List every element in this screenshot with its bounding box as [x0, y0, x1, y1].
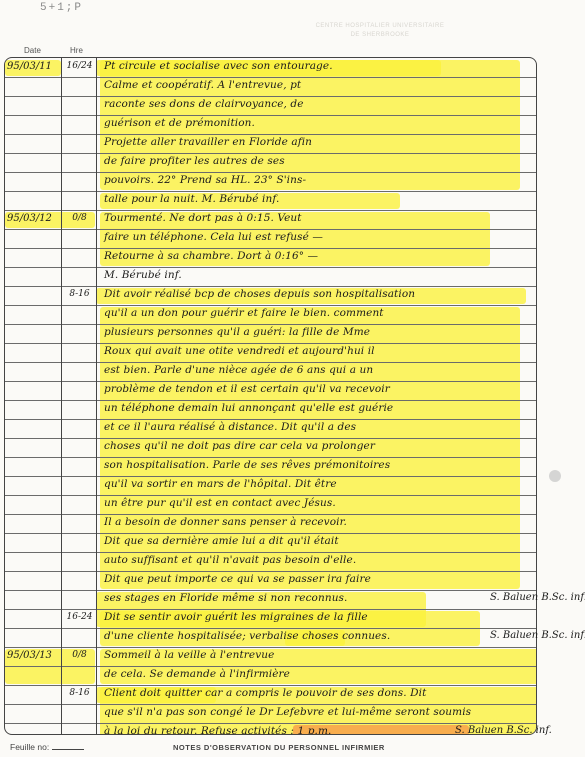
entry-note-text: choses qu'il ne doit pas dire car cela v… [100, 440, 536, 452]
scan-spot [549, 470, 561, 482]
entry-note-text: Dit que sa dernière amie lui a dit qu'il… [100, 535, 536, 547]
note-row: Dit que peut importe ce qui va se passer… [5, 571, 536, 591]
note-row: M. Bérubé inf. [5, 267, 536, 287]
note-row: de faire profiter les autres de ses [5, 153, 536, 173]
entry-note-text: auto suffisant et qu'il n'avait pas beso… [100, 554, 536, 566]
note-row: Calme et coopératif. A l'entrevue, pt [5, 77, 536, 97]
entry-date: 95/03/13 [5, 650, 63, 661]
entry-note-text: faire un téléphone. Cela lui est refusé … [100, 231, 536, 243]
note-row: 95/03/130/8Sommeil à la veille à l'entre… [5, 647, 536, 667]
entry-note-text: Tourmenté. Ne dort pas à 0:15. Veut [100, 212, 536, 224]
note-row: Il a besoin de donner sans penser à rece… [5, 514, 536, 534]
entry-hour: 0/8 [63, 650, 96, 660]
entry-note-text: Calme et coopératif. A l'entrevue, pt [100, 79, 536, 91]
nurse-signature: S. Baluen B.Sc. inf. [490, 630, 585, 641]
entry-note-text: Pt circule et socialise avec son entoura… [100, 60, 536, 72]
entry-note-text: Projette aller travailler en Floride afi… [100, 136, 536, 148]
entry-note-text: guérison et de prémonition. [100, 117, 536, 129]
entry-note-text: plusieurs personnes qu'il a guéri: la fi… [100, 326, 536, 338]
note-row: raconte ses dons de clairvoyance, de [5, 96, 536, 116]
note-row: Projette aller travailler en Floride afi… [5, 134, 536, 154]
note-row: problème de tendon et il est certain qu'… [5, 381, 536, 401]
note-row: plusieurs personnes qu'il a guéri: la fi… [5, 324, 536, 344]
note-row: et ce il l'aura réalisé à distance. Dit … [5, 419, 536, 439]
entry-note-text: est bien. Parle d'une nièce agée de 6 an… [100, 364, 536, 376]
note-row: un être pur qu'il est en contact avec Jé… [5, 495, 536, 515]
entry-note-text: et ce il l'aura réalisé à distance. Dit … [100, 421, 536, 433]
entry-hour: 0/8 [63, 213, 96, 223]
faint-header-line: CENTRE HOSPITALIER UNIVERSITAIRE [300, 22, 460, 31]
note-row: talle pour la nuit. M. Bérubé inf. [5, 191, 536, 211]
note-row: 95/03/1116/24Pt circule et socialise ave… [5, 58, 536, 78]
faint-hospital-header: CENTRE HOSPITALIER UNIVERSITAIRE DE SHER… [300, 22, 460, 40]
sheet-number-blank [52, 749, 84, 750]
note-row: choses qu'il ne doit pas dire car cela v… [5, 438, 536, 458]
entry-note-text: un être pur qu'il est en contact avec Jé… [100, 497, 536, 509]
entry-date: 95/03/11 [5, 61, 63, 72]
entry-hour: 16/24 [63, 61, 96, 71]
note-row: Retourne à sa chambre. Dort à 0:16° — [5, 248, 536, 268]
note-row: ses stages en Floride même si non reconn… [5, 590, 536, 610]
note-row: un téléphone demain lui annonçant qu'ell… [5, 400, 536, 420]
entry-note-text: problème de tendon et il est certain qu'… [100, 383, 536, 395]
form-title: NOTES D'OBSERVATION DU PERSONNEL INFIRMI… [173, 743, 385, 752]
entry-note-text: Sommeil à la veille à l'entrevue [100, 649, 536, 661]
note-row: 8-16Client doit quitter car a compris le… [5, 685, 536, 705]
entry-note-text: raconte ses dons de clairvoyance, de [100, 98, 536, 110]
note-row: est bien. Parle d'une nièce agée de 6 an… [5, 362, 536, 382]
note-row: faire un téléphone. Cela lui est refusé … [5, 229, 536, 249]
entry-note-text: Client doit quitter car a compris le pou… [100, 687, 536, 699]
entry-note-text: son hospitalisation. Parle de ses rêves … [100, 459, 536, 471]
note-row: de cela. Se demande à l'infirmière [5, 666, 536, 686]
nurse-signature: S. Baluen B.Sc. inf. [455, 725, 552, 736]
entry-note-text: pouvoirs. 22° Prend sa HL. 23° S'ins- [100, 174, 536, 186]
entry-note-text: ses stages en Floride même si non reconn… [100, 592, 536, 604]
entry-note-text: Roux qui avait une otite vendredi et auj… [100, 345, 536, 357]
note-row: que s'il n'a pas son congé le Dr Lefebvr… [5, 704, 536, 724]
entry-hour: 8-16 [63, 289, 96, 299]
note-row: 8-16Dit avoir réalisé bcp de choses depu… [5, 286, 536, 306]
document-stamp: 5+1;P [40, 2, 83, 14]
note-row: guérison et de prémonition. [5, 115, 536, 135]
note-row: qu'il a un don pour guérir et faire le b… [5, 305, 536, 325]
entry-note-text: Dit se sentir avoir guérit les migraines… [100, 611, 536, 623]
date-column-divider [61, 58, 62, 734]
entry-note-text: de cela. Se demande à l'infirmière [100, 668, 536, 680]
faint-header-line: DE SHERBROOKE [300, 31, 460, 40]
note-row: Roux qui avait une otite vendredi et auj… [5, 343, 536, 363]
sheet-number-field: Feuille no: [10, 742, 84, 752]
entry-note-text: Retourne à sa chambre. Dort à 0:16° — [100, 250, 536, 262]
note-row: pouvoirs. 22° Prend sa HL. 23° S'ins- [5, 172, 536, 192]
entry-date: 95/03/12 [5, 213, 63, 224]
note-row: 95/03/120/8Tourmenté. Ne dort pas à 0:15… [5, 210, 536, 230]
entry-note-text: un téléphone demain lui annonçant qu'ell… [100, 402, 536, 414]
entry-note-text: Dit que peut importe ce qui va se passer… [100, 573, 536, 585]
note-row: auto suffisant et qu'il n'avait pas beso… [5, 552, 536, 572]
entry-note-text: Il a besoin de donner sans penser à rece… [100, 516, 536, 528]
entry-note-text: qu'il a un don pour guérir et faire le b… [100, 307, 536, 319]
nursing-notes-form: 95/03/1116/24Pt circule et socialise ave… [4, 57, 537, 735]
sheet-number-label: Feuille no: [10, 742, 49, 752]
note-row: qu'il va sortir en mars de l'hôpital. Di… [5, 476, 536, 496]
entry-note-text: talle pour la nuit. M. Bérubé inf. [100, 193, 536, 205]
date-column-label: Date [24, 46, 41, 55]
hour-column-divider [96, 58, 97, 734]
entry-note-text: Dit avoir réalisé bcp de choses depuis s… [100, 288, 536, 300]
entry-hour: 16-24 [63, 612, 96, 622]
note-row: Dit que sa dernière amie lui a dit qu'il… [5, 533, 536, 553]
hour-column-label: Hre [70, 46, 83, 55]
note-row: d'une cliente hospitalisée; verbalise ch… [5, 628, 536, 648]
entry-note-text: de faire profiter les autres de ses [100, 155, 536, 167]
entry-note-text: M. Bérubé inf. [100, 269, 536, 281]
entry-note-text: que s'il n'a pas son congé le Dr Lefebvr… [100, 706, 536, 718]
note-row: 16-24Dit se sentir avoir guérit les migr… [5, 609, 536, 629]
entry-note-text: d'une cliente hospitalisée; verbalise ch… [100, 630, 536, 642]
note-row: son hospitalisation. Parle de ses rêves … [5, 457, 536, 477]
nurse-signature: S. Baluen B.Sc. inf. [490, 592, 585, 603]
entry-hour: 8-16 [63, 688, 96, 698]
entry-note-text: qu'il va sortir en mars de l'hôpital. Di… [100, 478, 536, 490]
